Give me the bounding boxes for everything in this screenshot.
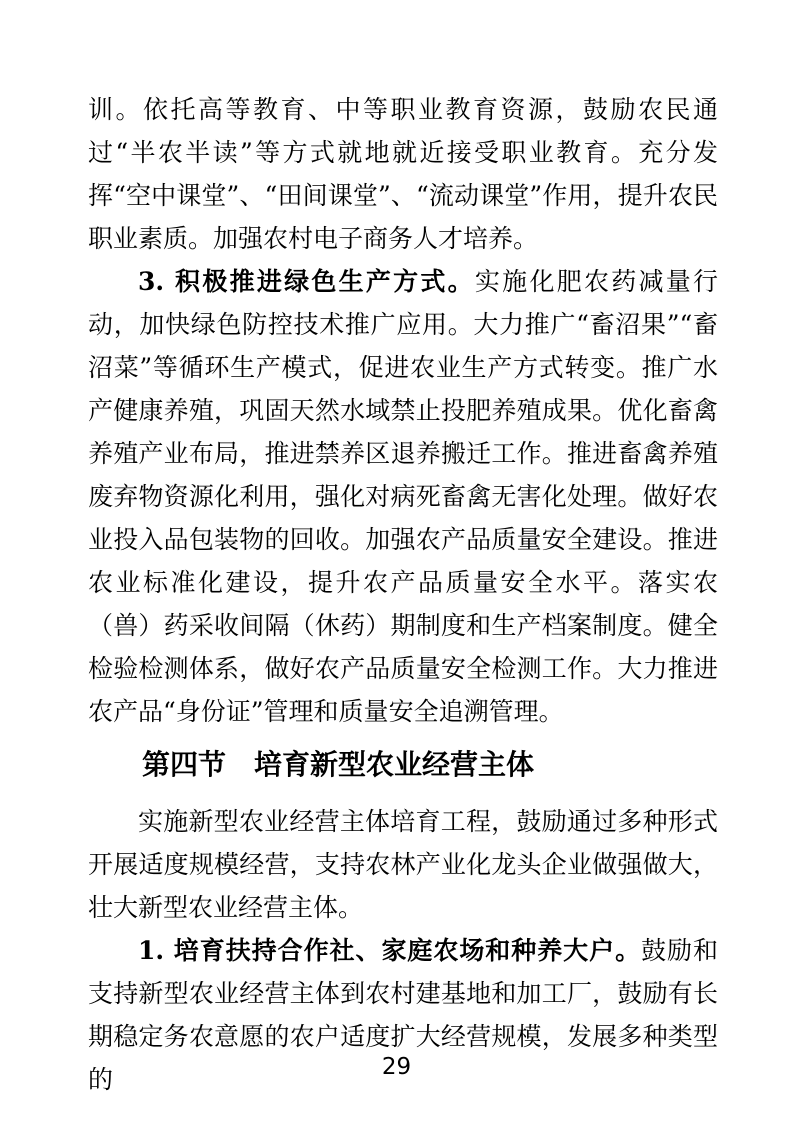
page-body-text: 训。依托高等教育、中等职业教育资源，鼓励农民通过“半农半读”等方式就地就近接受职… (88, 88, 718, 1101)
section-heading: 第四节培育新型农业经营主体 (88, 740, 718, 790)
bold-lead: 1. 培育扶持合作社、家庭农场和种养大户。 (138, 936, 641, 965)
bold-lead: 3. 积极推进绿色生产方式。 (138, 267, 475, 296)
paragraph-text: 训。依托高等教育、中等职业教育资源，鼓励农民通过“半农半读”等方式就地就近接受职… (88, 95, 718, 253)
section-heading-title: 培育新型农业经营主体 (254, 748, 534, 781)
paragraph-new-business-entities: 实施新型农业经营主体培育工程，鼓励通过多种形式开展适度规模经营，支持农林产业化龙… (88, 800, 718, 929)
paragraph-text: 实施化肥农药减量行动，加快绿色防控技术推广应用。大力推广“畜沼果”“畜沼菜”等循… (88, 267, 718, 726)
paragraph-farmer-training-continuation: 训。依托高等教育、中等职业教育资源，鼓励农民通过“半农半读”等方式就地就近接受职… (88, 88, 718, 260)
paragraph-green-production: 3. 积极推进绿色生产方式。实施化肥农药减量行动，加快绿色防控技术推广应用。大力… (88, 260, 718, 733)
paragraph-text: 实施新型农业经营主体培育工程，鼓励通过多种形式开展适度规模经营，支持农林产业化龙… (88, 807, 718, 922)
section-heading-label: 第四节 (142, 748, 226, 781)
page-number: 29 (0, 1052, 793, 1082)
